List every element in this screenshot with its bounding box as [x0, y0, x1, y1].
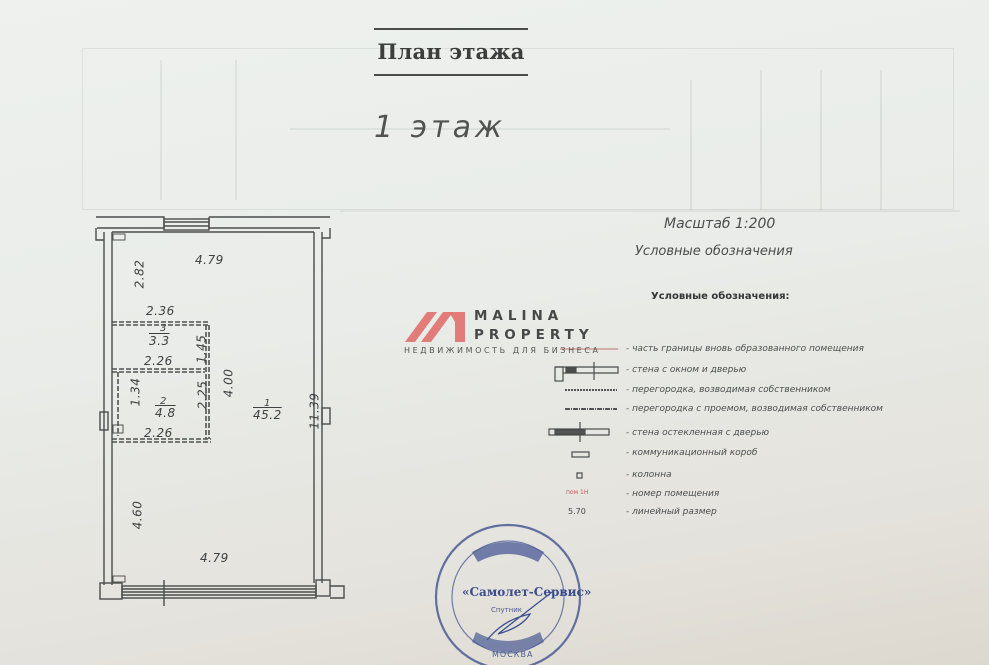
legend-room-number-sample: пом 1Н: [566, 489, 588, 496]
brand-name-line1: MALINA: [474, 308, 563, 324]
stamp-company-name: «Самолет-Сервис»: [462, 585, 591, 599]
brand-tagline: НЕДВИЖИМОСТЬ ДЛЯ БИЗНЕСА: [404, 346, 601, 355]
legend-item: - линейный размер: [626, 507, 717, 517]
malina-logo-icon: [403, 308, 471, 344]
stamp-city: МОСКВА: [492, 650, 533, 659]
legend-item: - часть границы вновь образованного поме…: [626, 344, 864, 354]
legend-dimension-sample: 5.70: [568, 507, 586, 516]
legend-item: - стена с окном и дверью: [626, 365, 746, 375]
legend-item: - коммуникационный короб: [626, 448, 757, 458]
legend-item: - перегородка с проемом, возводимая собс…: [626, 404, 883, 414]
stamp-subtext: Спутник: [491, 606, 522, 614]
legend-item: - перегородка, возводимая собственником: [626, 385, 831, 395]
legend-item: - стена остекленная с дверью: [626, 428, 769, 438]
brand-name-line2: PROPERTY: [474, 327, 594, 343]
legend-item: - колонна: [626, 470, 672, 480]
legend-item: - номер помещения: [626, 489, 719, 499]
